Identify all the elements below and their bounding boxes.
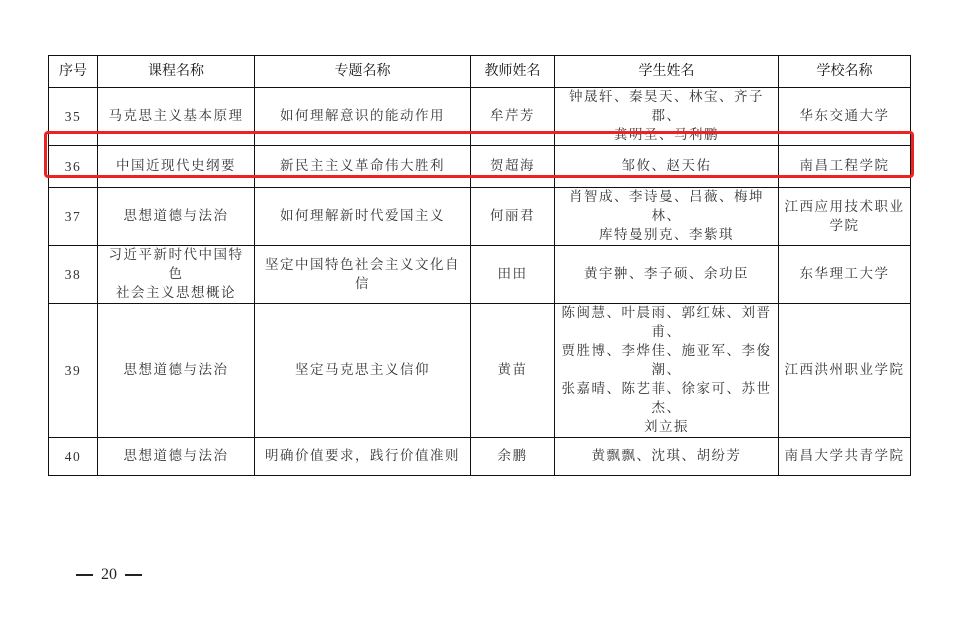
header-course: 课程名称 [98, 56, 255, 88]
cell-line: 坚定马克思主义信仰 [259, 361, 466, 380]
cell-line: 黄宇翀、李子硕、余功臣 [559, 265, 774, 284]
cell-topic: 如何理解新时代爱国主义 [255, 188, 471, 246]
cell-course: 中国近现代史纲要 [98, 146, 255, 188]
cell-school: 南昌工程学院 [779, 146, 911, 188]
cell-no: 40 [49, 438, 98, 476]
cell-line: 学院 [783, 217, 906, 236]
header-students: 学生姓名 [555, 56, 779, 88]
page-number: 20 [101, 566, 117, 584]
cell-line: 邹攸、赵天佑 [559, 157, 774, 176]
cell-line: 华东交通大学 [783, 107, 906, 126]
cell-teacher: 何丽君 [471, 188, 555, 246]
cell-line: 东华理工大学 [783, 265, 906, 284]
cell-line: 龚明圣、马利鹏 [559, 126, 774, 145]
cell-line: 坚定中国特色社会主义文化自信 [259, 256, 466, 294]
cell-line: 张嘉晴、陈艺菲、徐家可、苏世杰、 [559, 380, 774, 418]
cell-topic: 新民主主义革命伟大胜利 [255, 146, 471, 188]
cell-line: 钟晟轩、秦昊天、林宝、齐子郡、 [559, 88, 774, 126]
cell-line: 江西洪州职业学院 [783, 361, 906, 380]
cell-school: 江西应用技术职业 学院 [779, 188, 911, 246]
cell-course: 思想道德与法治 [98, 438, 255, 476]
cell-line: 刘立振 [559, 418, 774, 437]
cell-students: 黄飘飘、沈琪、胡纷芳 [555, 438, 779, 476]
cell-line: 黄飘飘、沈琪、胡纷芳 [559, 447, 774, 466]
cell-line: 社会主义思想概论 [102, 284, 250, 303]
cell-course: 习近平新时代中国特色 社会主义思想概论 [98, 246, 255, 304]
cell-teacher: 黄苗 [471, 304, 555, 438]
cell-no: 36 [49, 146, 98, 188]
cell-school: 江西洪州职业学院 [779, 304, 911, 438]
cell-line: 肖智成、李诗曼、吕薇、梅坤林、 [559, 188, 774, 226]
cell-line: 明确价值要求，践行价值准则 [259, 447, 466, 466]
header-topic: 专题名称 [255, 56, 471, 88]
table-row: 40 思想道德与法治 明确价值要求，践行价值准则 余鹏 黄飘飘、沈琪、胡纷芳 南… [49, 438, 911, 476]
cell-school: 东华理工大学 [779, 246, 911, 304]
cell-topic: 明确价值要求，践行价值准则 [255, 438, 471, 476]
cell-line: 思想道德与法治 [102, 361, 250, 380]
cell-topic: 如何理解意识的能动作用 [255, 88, 471, 146]
header-no: 序号 [49, 56, 98, 88]
cell-teacher: 牟芹芳 [471, 88, 555, 146]
table-row: 37 思想道德与法治 如何理解新时代爱国主义 何丽君 肖智成、李诗曼、吕薇、梅坤… [49, 188, 911, 246]
cell-teacher: 田田 [471, 246, 555, 304]
page-footer: 20 [76, 566, 142, 584]
cell-line: 新民主主义革命伟大胜利 [259, 157, 466, 176]
cell-line: 思想道德与法治 [102, 447, 250, 466]
cell-teacher: 余鹏 [471, 438, 555, 476]
cell-students: 黄宇翀、李子硕、余功臣 [555, 246, 779, 304]
cell-line: 如何理解意识的能动作用 [259, 107, 466, 126]
cell-course: 思想道德与法治 [98, 188, 255, 246]
cell-topic: 坚定马克思主义信仰 [255, 304, 471, 438]
cell-line: 马克思主义基本原理 [102, 107, 250, 126]
award-table: 序号 课程名称 专题名称 教师姓名 学生姓名 学校名称 35 马克思主义基本原理… [48, 55, 911, 476]
cell-line: 库特曼别克、李紫琪 [559, 226, 774, 245]
cell-course: 思想道德与法治 [98, 304, 255, 438]
cell-line: 贾胜博、李烨佳、施亚军、李俊潮、 [559, 342, 774, 380]
table-row: 38 习近平新时代中国特色 社会主义思想概论 坚定中国特色社会主义文化自信 田田… [49, 246, 911, 304]
cell-students: 邹攸、赵天佑 [555, 146, 779, 188]
cell-line: 如何理解新时代爱国主义 [259, 207, 466, 226]
table-row: 35 马克思主义基本原理 如何理解意识的能动作用 牟芹芳 钟晟轩、秦昊天、林宝、… [49, 88, 911, 146]
header-school: 学校名称 [779, 56, 911, 88]
cell-line: 习近平新时代中国特色 [102, 246, 250, 284]
cell-school: 华东交通大学 [779, 88, 911, 146]
cell-line: 南昌工程学院 [783, 157, 906, 176]
cell-line: 江西应用技术职业 [783, 198, 906, 217]
cell-course: 马克思主义基本原理 [98, 88, 255, 146]
table-header-row: 序号 课程名称 专题名称 教师姓名 学生姓名 学校名称 [49, 56, 911, 88]
cell-students: 陈闽慧、叶晨雨、郭红妹、刘晋甫、 贾胜博、李烨佳、施亚军、李俊潮、 张嘉晴、陈艺… [555, 304, 779, 438]
cell-no: 38 [49, 246, 98, 304]
dash-right [125, 574, 142, 576]
cell-teacher: 贺超海 [471, 146, 555, 188]
header-teacher: 教师姓名 [471, 56, 555, 88]
cell-no: 37 [49, 188, 98, 246]
cell-no: 39 [49, 304, 98, 438]
dash-left [76, 574, 93, 576]
cell-school: 南昌大学共青学院 [779, 438, 911, 476]
table-row: 39 思想道德与法治 坚定马克思主义信仰 黄苗 陈闽慧、叶晨雨、郭红妹、刘晋甫、… [49, 304, 911, 438]
cell-topic: 坚定中国特色社会主义文化自信 [255, 246, 471, 304]
cell-line: 陈闽慧、叶晨雨、郭红妹、刘晋甫、 [559, 304, 774, 342]
cell-students: 肖智成、李诗曼、吕薇、梅坤林、 库特曼别克、李紫琪 [555, 188, 779, 246]
cell-line: 思想道德与法治 [102, 207, 250, 226]
cell-no: 35 [49, 88, 98, 146]
cell-line: 中国近现代史纲要 [102, 157, 250, 176]
table-row-highlighted: 36 中国近现代史纲要 新民主主义革命伟大胜利 贺超海 邹攸、赵天佑 南昌工程学… [49, 146, 911, 188]
cell-line: 南昌大学共青学院 [783, 447, 906, 466]
cell-students: 钟晟轩、秦昊天、林宝、齐子郡、 龚明圣、马利鹏 [555, 88, 779, 146]
